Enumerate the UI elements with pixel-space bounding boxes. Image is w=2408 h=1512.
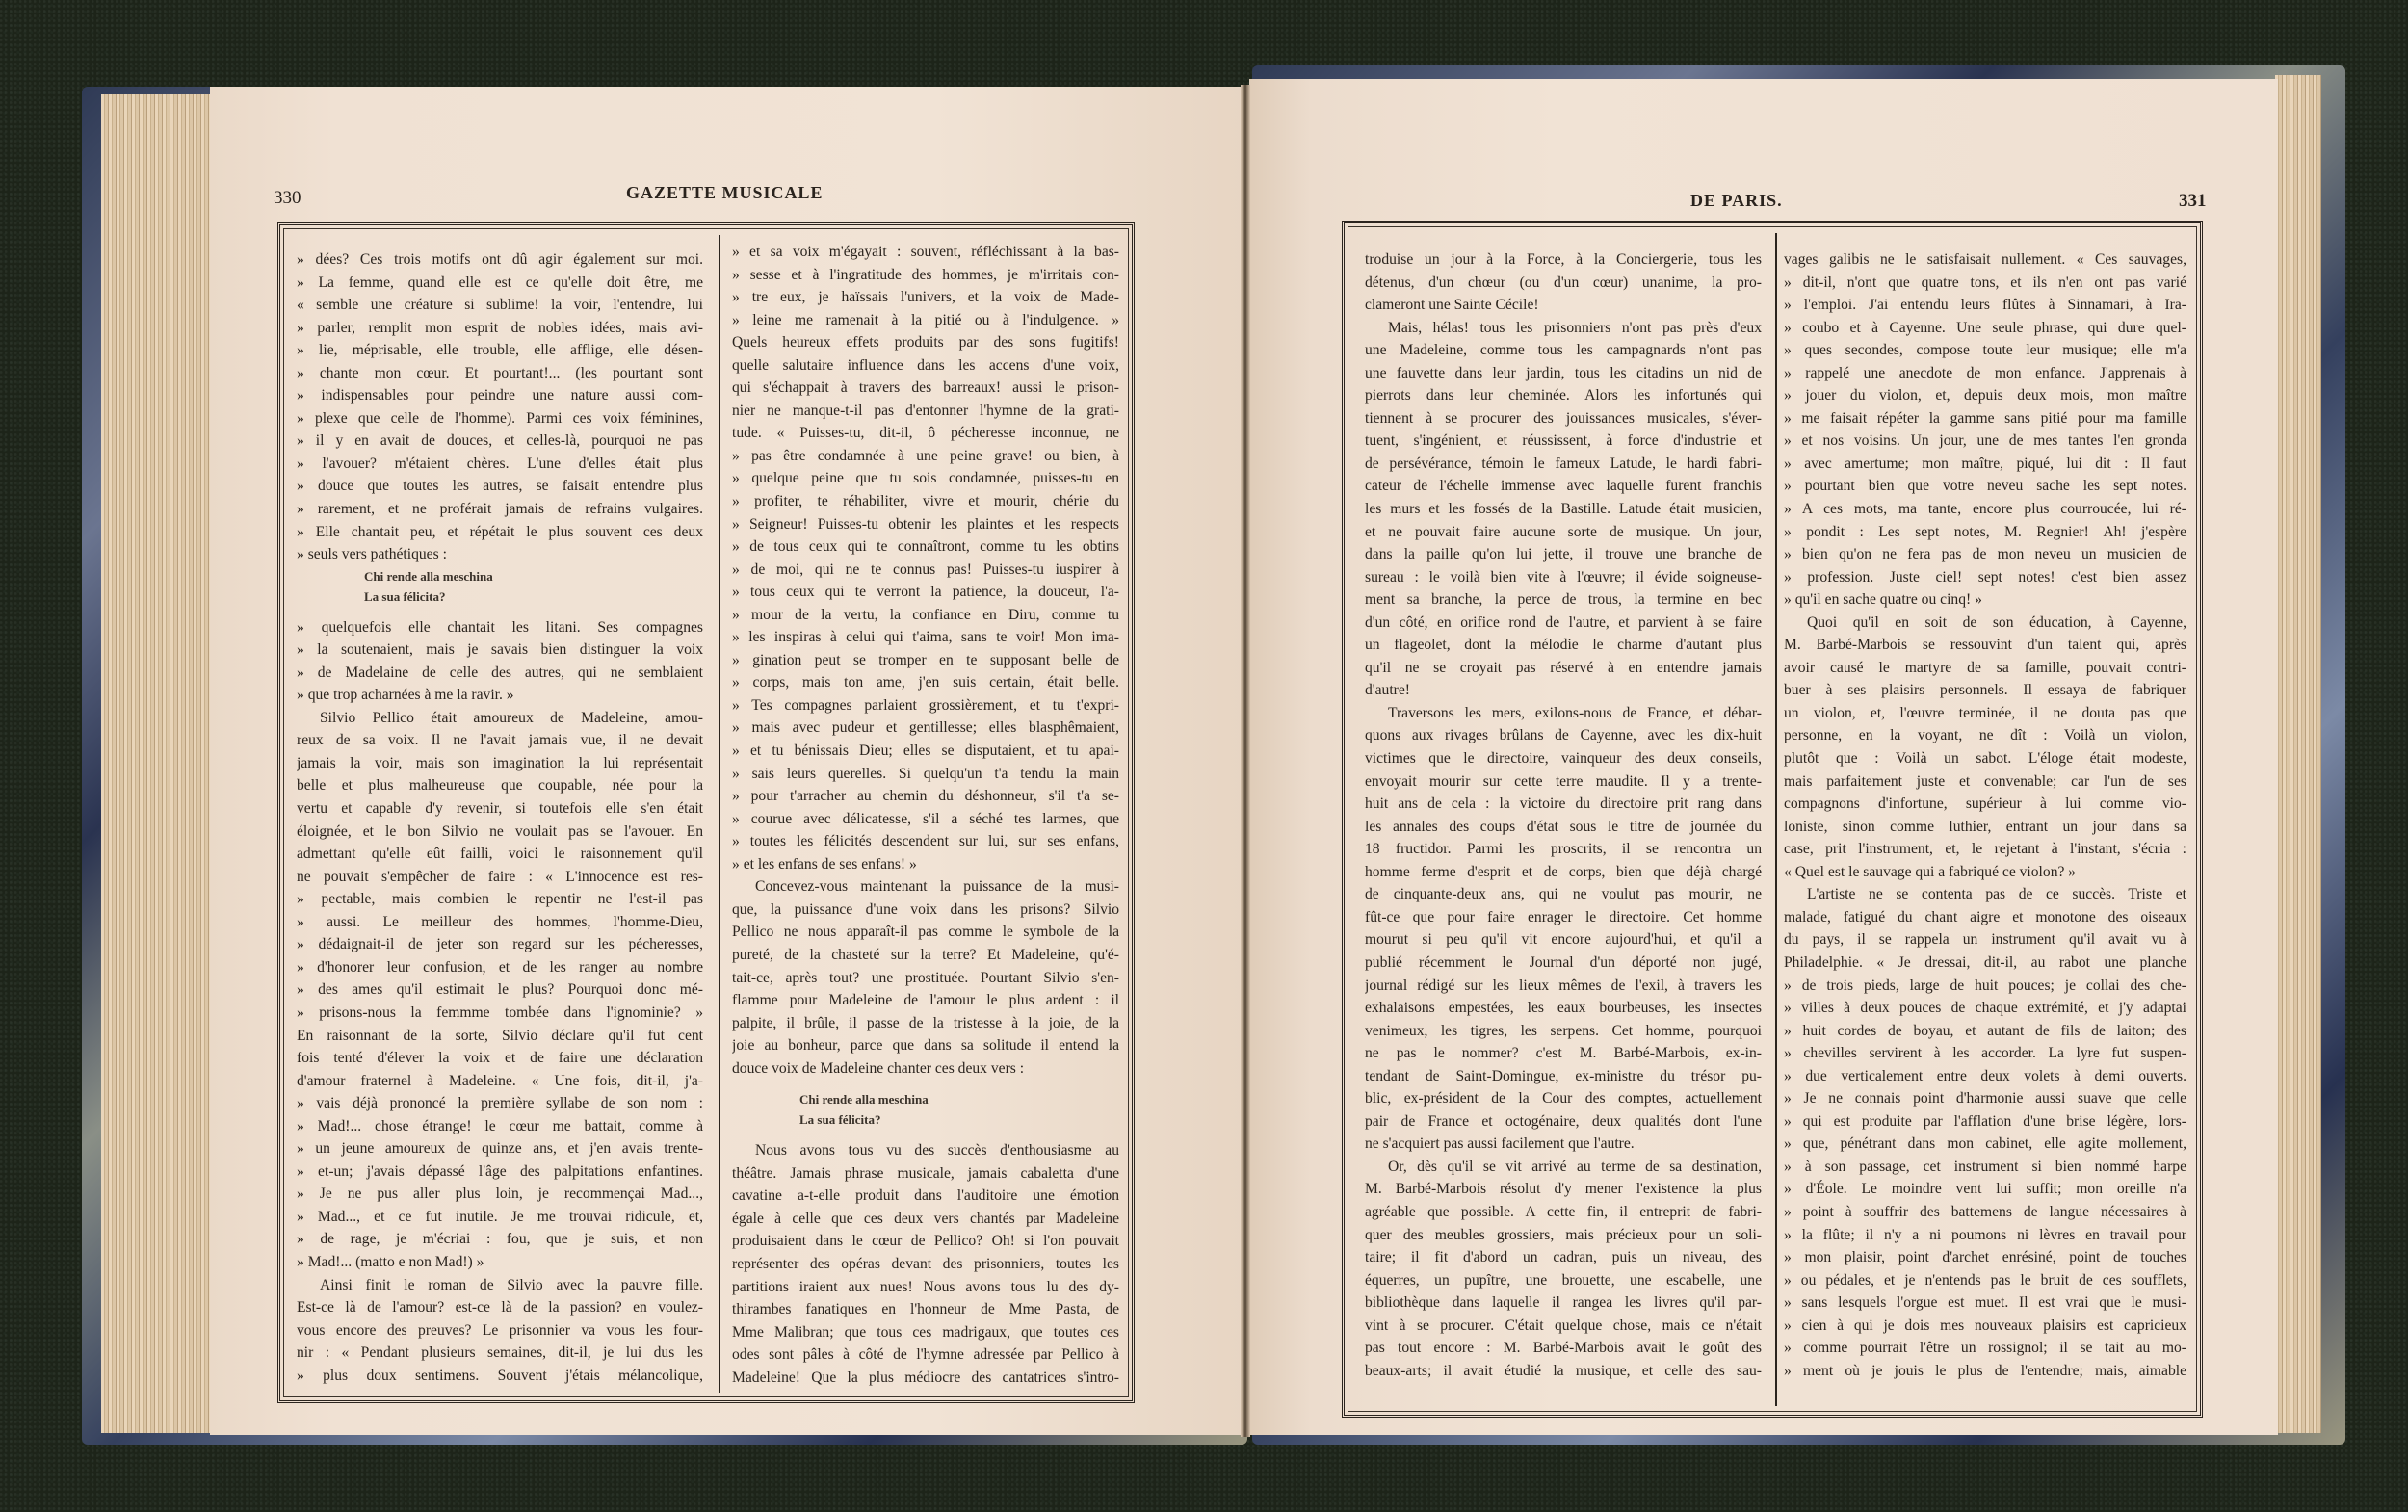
- text-line: un violon, et, l'œuvre terminée, il ne d…: [1784, 702, 2186, 725]
- text-line: » vais déjà prononcé la première syllabe…: [297, 1092, 703, 1115]
- text-line: » parler, remplit mon esprit de nobles i…: [297, 317, 703, 340]
- text-line: En raisonnant de la sorte, Silvio déclar…: [297, 1025, 703, 1048]
- text-line: tait-ce, après tout? une prostituée. Pou…: [732, 967, 1119, 990]
- text-line: « semble une créature si sublime! la voi…: [297, 294, 703, 317]
- text-line: de persévérance, témoin le fameux Latude…: [1365, 453, 1762, 476]
- book-gutter: [1241, 85, 1250, 1437]
- text-line: » de tous ceux qui te connaîtront, comme…: [732, 535, 1119, 559]
- text-line: vint à se procurer. C'était quelque chos…: [1365, 1315, 1762, 1338]
- text-line: troduise un jour à la Force, à la Concie…: [1365, 248, 1762, 272]
- text-line: » d'Éole. Le moindre vent lui suffit; mo…: [1784, 1178, 2186, 1201]
- text-line: » qui est produite par l'afflation d'une…: [1784, 1110, 2186, 1134]
- text-line: tendant de Saint-Domingue, ex-ministre d…: [1365, 1065, 1762, 1088]
- text-line: Philadelphie. « Je dressai, dit-il, au r…: [1784, 952, 2186, 975]
- text-line: » lie, méprisable, elle trouble, elle af…: [297, 339, 703, 362]
- text-line: reux de sa voix. Il ne l'avait jamais vu…: [297, 729, 703, 752]
- text-line: égale à celle que ces deux vers chantés …: [732, 1208, 1119, 1231]
- text-line: partitions iraient aux nues! Nous avons …: [732, 1276, 1119, 1299]
- text-line: thirambes fanatiques en l'honneur de Mme…: [732, 1298, 1119, 1321]
- text-line: Traversons les mers, exilons-nous de Fra…: [1365, 702, 1762, 725]
- text-line: » sans lesquels l'orgue est muet. Il est…: [1784, 1291, 2186, 1315]
- text-line: ne pouvait s'empêcher de faire : « L'inn…: [297, 866, 703, 889]
- text-line: » toutes les félicités descendent sur lu…: [732, 830, 1119, 853]
- text-line: » plus doux sentimens. Souvent j'étais m…: [297, 1365, 703, 1388]
- text-line: » Mad!... (matto e non Mad!) »: [297, 1251, 703, 1274]
- text-line: 18 fructidor. Parmi les proscrits, il se…: [1365, 838, 1762, 861]
- text-line: » des ames qu'il estimait le plus? Pourq…: [297, 978, 703, 1002]
- text-line: » ques secondes, compose toute leur musi…: [1784, 339, 2186, 362]
- text-line: » leine me ramenait à la pitié ou à l'in…: [732, 309, 1119, 332]
- text-line: » tre eux, je haïssais l'univers, et la …: [732, 286, 1119, 309]
- text-line: tuent, s'ingénient, et réussissent, à fo…: [1365, 430, 1762, 453]
- text-line: éloignée, et le bon Silvio ne voulait pa…: [297, 821, 703, 844]
- text-line: pair de France et octogénaire, deux qual…: [1365, 1110, 1762, 1134]
- text-line: victimes que le directoire, vainqueur de…: [1365, 747, 1762, 770]
- text-line: » quelquefois elle chantait les litani. …: [297, 616, 703, 639]
- text-line: » avec amertume; mon maître, piqué, lui …: [1784, 453, 2186, 476]
- text-line: pas tout encore : M. Barbé-Marbois avait…: [1365, 1337, 1762, 1360]
- left-page-column-1: » dées? Ces trois motifs ont dû agir éga…: [297, 248, 703, 1387]
- text-line: » gination peut se tromper en te supposa…: [732, 649, 1119, 672]
- text-line: » cien à qui je dois mes nouveaux plaisi…: [1784, 1315, 2186, 1338]
- text-line: Mme Malibran; que tous ces madrigaux, qu…: [732, 1321, 1119, 1344]
- text-line: » coubo et à Cayenne. Une seule phrase, …: [1784, 317, 2186, 340]
- text-line: » de rage, je m'écriai : fou, que je sui…: [297, 1228, 703, 1251]
- text-line: » Je ne pus aller plus loin, je recommen…: [297, 1183, 703, 1206]
- text-line: » mais avec pudeur et gentillesse; elles…: [732, 717, 1119, 740]
- text-line: » de Madelaine de celle des autres, qui …: [297, 662, 703, 685]
- text-line: » La femme, quand elle est ce qu'elle do…: [297, 272, 703, 295]
- text-line: » pour t'arracher au chemin du déshonneu…: [732, 785, 1119, 808]
- text-line: » les inspiras à celui qui t'aima, sans …: [732, 626, 1119, 649]
- spacer: [732, 1080, 1119, 1089]
- text-line: buer à ses plaisirs personnels. Il essay…: [1784, 679, 2186, 702]
- text-line: venimeux, les tigres, les serpens. Cet h…: [1365, 1020, 1762, 1043]
- right-page-column-2: vages galibis ne le satisfaisait nulleme…: [1784, 248, 2186, 1382]
- text-line: bibliothèque dans laquelle il rangea les…: [1365, 1291, 1762, 1315]
- text-line: palpite, il brûle, il passe de la triste…: [732, 1012, 1119, 1035]
- text-line: de cinquante-deux ans, qui ne voulut pas…: [1365, 883, 1762, 906]
- text-line: » comme pourrait l'être un rossignol; il…: [1784, 1337, 2186, 1360]
- text-line: fût-ce que pour faire enrager le directo…: [1365, 906, 1762, 929]
- text-line: journal rédigé sur les lieux mêmes de l'…: [1365, 975, 1762, 998]
- text-line: sureau : le voilà bien vite à l'œuvre; i…: [1365, 566, 1762, 589]
- text-line: » la flûte; il n'y a ni poumons ni lèvre…: [1784, 1224, 2186, 1247]
- text-line: représenter des opéras devant des prison…: [732, 1253, 1119, 1276]
- text-line: » dées? Ces trois motifs ont dû agir éga…: [297, 248, 703, 272]
- right-page-column-1: troduise un jour à la Force, à la Concie…: [1365, 248, 1762, 1382]
- text-line: M. Barbé-Marbois se ressouvint d'un tale…: [1784, 634, 2186, 657]
- left-page-edges: [101, 94, 212, 1433]
- text-line: » bien qu'on ne fera pas de mon neveu un…: [1784, 543, 2186, 566]
- text-line: » il y en avait de douces, et celles-là,…: [297, 430, 703, 453]
- text-line: vertu et capable d'y revenir, si toutefo…: [297, 797, 703, 821]
- text-line: belle et plus malheureuse que coupable, …: [297, 774, 703, 797]
- left-page-column-2: » et sa voix m'égayait : souvent, réfléc…: [732, 241, 1119, 1389]
- text-line: » Elle chantait peu, et répétait le plus…: [297, 521, 703, 544]
- text-line: L'artiste ne se contenta pas de ce succè…: [1784, 883, 2186, 906]
- text-line: » la soutenaient, mais je savais bien di…: [297, 639, 703, 662]
- text-line: » corps, mais ton ame, j'en suis certain…: [732, 671, 1119, 694]
- text-line: » et nos voisins. Un jour, une de mes ta…: [1784, 430, 2186, 453]
- text-line: tiennent à se procurer des jouissances m…: [1365, 407, 1762, 430]
- text-line: d'un côté, en orifice rond de l'autre, e…: [1365, 612, 1762, 635]
- text-line: » douce que toutes les autres, se faisai…: [297, 475, 703, 498]
- text-line: jamais la voir, mais son imagination la …: [297, 752, 703, 775]
- text-line: » courue avec délicatesse, s'il a séché …: [732, 808, 1119, 831]
- text-line: » l'avouer? m'étaient chères. L'une d'el…: [297, 453, 703, 476]
- text-line: exhalaisons empestées, les eaux bourbeus…: [1365, 997, 1762, 1020]
- text-line: » prisons-nous la femmme tombée dans l'i…: [297, 1002, 703, 1025]
- text-line: envoyait mourir sur cette terre maudite.…: [1365, 770, 1762, 794]
- text-line: pureté, de la chasteté sur la terre? Et …: [732, 944, 1119, 967]
- text-line: » quelque peine que tu sois condamnée, p…: [732, 467, 1119, 490]
- verse-line: Chi rende alla meschina: [297, 566, 703, 587]
- text-line: » villes à deux pouces de chaque extrémi…: [1784, 997, 2186, 1020]
- page-number-right: 331: [2179, 191, 2207, 212]
- text-line: fois tenté d'élever la voix et de faire …: [297, 1047, 703, 1070]
- text-line: » sesse et à l'ingratitude des hommes, j…: [732, 264, 1119, 287]
- text-line: admettant qu'elle eût failli, voici le r…: [297, 843, 703, 866]
- text-line: » profession. Juste ciel! sept notes! c'…: [1784, 566, 2186, 589]
- text-line: » aussi. Le meilleur des hommes, l'homme…: [297, 911, 703, 934]
- text-line: » huit cordes de boyau, et autant de fil…: [1784, 1020, 2186, 1043]
- text-line: » Seigneur! Puisses-tu obtenir les plain…: [732, 513, 1119, 536]
- text-line: du pays, il se rappela un instrument qu'…: [1784, 928, 2186, 952]
- text-line: cavatine a-t-elle produit dans l'auditoi…: [732, 1185, 1119, 1208]
- column-divider-right: [1775, 233, 1777, 1406]
- text-line: avoir causé le martyre de sa famille, po…: [1784, 657, 2186, 680]
- text-line: vages galibis ne le satisfaisait nulleme…: [1784, 248, 2186, 272]
- text-line: case, prit l'instrument, et, le rejetant…: [1784, 838, 2186, 861]
- text-line: Quels heureux effets produits par des so…: [732, 331, 1119, 354]
- text-line: Silvio Pellico était amoureux de Madelei…: [297, 707, 703, 730]
- text-line: ne s'acquiert pas aussi facilement que l…: [1365, 1133, 1762, 1156]
- text-line: Pellico ne nous apparaît-il pas comme le…: [732, 921, 1119, 944]
- text-line: Madeleine! Que la plus médiocre des cant…: [732, 1367, 1119, 1390]
- text-line: qui s'échappait à travers des barreaux! …: [732, 377, 1119, 400]
- right-page-edges: [2275, 75, 2321, 1433]
- text-line: que, la puissance d'une voix dans les pr…: [732, 899, 1119, 922]
- text-line: M. Barbé-Marbois résolut d'y mener l'exi…: [1365, 1178, 1762, 1201]
- text-line: » ou pédales, et je n'entends pas le bru…: [1784, 1269, 2186, 1292]
- running-title-right: DE PARIS.: [1690, 191, 1783, 211]
- text-line: un flageolet, dont la mélodie le charme …: [1365, 634, 1762, 657]
- text-line: quelle salutaire influence dans les acce…: [732, 354, 1119, 378]
- text-line: » d'honorer leur confusion, et de les ra…: [297, 956, 703, 979]
- text-line: vous encore des preuves? Le prisonnier v…: [297, 1319, 703, 1343]
- text-line: » ment où je jouis le plus de l'entendre…: [1784, 1360, 2186, 1383]
- text-line: pierrots dans leur cheminée. Alors les i…: [1365, 384, 1762, 407]
- text-line: » point à souffrir des battemens de lang…: [1784, 1201, 2186, 1224]
- text-line: blic, ex-président de la Cour des compte…: [1365, 1087, 1762, 1110]
- text-line: » qu'il en sache quatre ou cinq! »: [1784, 588, 2186, 612]
- text-line: » rappelé une anecdote de mon enfance. J…: [1784, 362, 2186, 385]
- text-line: » mour de la vertu, la confiance en Diru…: [732, 604, 1119, 627]
- text-line: » mon plaisir, point d'archet enrésiné, …: [1784, 1246, 2186, 1269]
- text-line: nier ne manque-t-il pas d'entonner l'hym…: [732, 400, 1119, 423]
- text-line: » Mad..., et ce fut inutile. Je me trouv…: [297, 1206, 703, 1229]
- text-line: beaux-arts; il avait étudié la musique, …: [1365, 1360, 1762, 1383]
- text-line: ne pas le nommer? c'est M. Barbé-Marbois…: [1365, 1042, 1762, 1065]
- text-line: dans la paille qu'on lui jette, il trouv…: [1365, 543, 1762, 566]
- text-line: Est-ce là de l'amour? est-ce là de la pa…: [297, 1296, 703, 1319]
- text-line: » sais leurs querelles. Si quelqu'un t'a…: [732, 763, 1119, 786]
- text-line: cateur de l'échelle immense avec laquell…: [1365, 475, 1762, 498]
- text-line: Concevez-vous maintenant la puissance de…: [732, 875, 1119, 899]
- text-line: » chevilles servirent à les accorder. La…: [1784, 1042, 2186, 1065]
- text-line: » l'emploi. J'ai entendu leurs flûtes à …: [1784, 294, 2186, 317]
- text-line: qu'il ne se croyait pas réservé à en ent…: [1365, 657, 1762, 680]
- text-line: publié récemment le Journal d'un déporté…: [1365, 952, 1762, 975]
- text-line: une fauvette dans leur jardin, tous les …: [1365, 362, 1762, 385]
- text-line: Ainsi finit le roman de Silvio avec la p…: [297, 1274, 703, 1297]
- text-line: » Mad!... chose étrange! le cœur me batt…: [297, 1115, 703, 1138]
- text-line: les annales des coups d'état sous le tit…: [1365, 816, 1762, 839]
- text-line: « Quel est le sauvage qui a fabriqué ce …: [1784, 861, 2186, 884]
- text-line: malade, fatigué du chant aigre et monoto…: [1784, 906, 2186, 929]
- text-line: Mais, hélas! tous les prisonniers n'ont …: [1365, 317, 1762, 340]
- text-line: quer des meubles grossiers, mais précieu…: [1365, 1224, 1762, 1247]
- text-line: » tous ceux qui te verront la patience, …: [732, 581, 1119, 604]
- text-line: théâtre. Jamais phrase musicale, jamais …: [732, 1162, 1119, 1186]
- text-line: » pectable, mais combien le repentir ne …: [297, 888, 703, 911]
- text-line: d'amour fraternel à Madeleine. « Une foi…: [297, 1070, 703, 1093]
- text-line: » Je ne connais point d'harmonie aussi s…: [1784, 1087, 2186, 1110]
- text-line: une Madeleine, comme tous les campagnard…: [1365, 339, 1762, 362]
- text-line: huit ans de cela : la victoire du direct…: [1365, 793, 1762, 816]
- text-line: et ne pouvait faire aucune sorte de musi…: [1365, 521, 1762, 544]
- text-line: d'autre!: [1365, 679, 1762, 702]
- text-line: » seuls vers pathétiques :: [297, 543, 703, 566]
- text-line: » me faisait répéter la gamme sans pitié…: [1784, 407, 2186, 430]
- text-line: » Tes compagnes parlaient grossièrement,…: [732, 694, 1119, 717]
- text-line: Nous avons tous vu des succès d'enthousi…: [732, 1139, 1119, 1162]
- text-line: mourut si peu qu'il vit encore aujourd'h…: [1365, 928, 1762, 952]
- text-line: » A ces mots, ma tante, encore plus cour…: [1784, 498, 2186, 521]
- verse-line: La sua félicita?: [732, 1109, 1119, 1130]
- text-line: clameront une Sainte Cécile!: [1365, 294, 1762, 317]
- text-line: » de trois pieds, large de huit pouces; …: [1784, 975, 2186, 998]
- running-title-left: GAZETTE MUSICALE: [626, 183, 824, 203]
- text-line: douce voix de Madeleine chanter ces deux…: [732, 1057, 1119, 1081]
- text-line: Or, dès qu'il se vit arrivé au terme de …: [1365, 1156, 1762, 1179]
- verse-line: La sua félicita?: [297, 587, 703, 607]
- text-line: » pas être condamnée à une peine grave! …: [732, 445, 1119, 468]
- text-line: » de moi, qui ne te connus pas! Puisses-…: [732, 559, 1119, 582]
- text-line: compagnons d'infortune, supérieur à lui …: [1784, 793, 2186, 816]
- text-line: » pourtant bien que votre neveu sache le…: [1784, 475, 2186, 498]
- text-line: quons aux rivages brûlans de Cayenne, av…: [1365, 724, 1762, 747]
- text-line: odes sont pâles à côté de l'hymne adress…: [732, 1343, 1119, 1367]
- text-line: » jouer du violon, et, depuis deux mois,…: [1784, 384, 2186, 407]
- page-number-left: 330: [274, 188, 301, 209]
- text-line: » indispensables pour peindre une nature…: [297, 384, 703, 407]
- text-line: plutôt que : Voilà un sabot. L'éloge éta…: [1784, 747, 2186, 770]
- text-line: » que trop acharnées à me la ravir. »: [297, 684, 703, 707]
- text-line: homme ferme d'esprit et de corps, bien q…: [1365, 861, 1762, 884]
- text-line: » dit-il, n'ont que quatre tons, et ils …: [1784, 272, 2186, 295]
- text-line: » chante mon cœur. Et pourtant!... (les …: [297, 362, 703, 385]
- text-line: nir : « Pendant plusieurs semaines, dit-…: [297, 1342, 703, 1365]
- text-line: » dédaignait-il de jeter son regard sur …: [297, 933, 703, 956]
- spacer: [297, 607, 703, 616]
- text-line: joie au bonheur, parce que dans sa solit…: [732, 1034, 1119, 1057]
- verse-line: Chi rende alla meschina: [732, 1089, 1119, 1109]
- text-line: » un jeune amoureux de quinze ans, et j'…: [297, 1137, 703, 1160]
- text-line: » et tu bénissais Dieu; elles se disputa…: [732, 740, 1119, 763]
- text-line: agréable que possible. A cette fin, il e…: [1365, 1201, 1762, 1224]
- text-line: les murs et les fossés de la Bastille. L…: [1365, 498, 1762, 521]
- spacer: [732, 1130, 1119, 1139]
- text-line: tude. « Puisses-tu, dit-il, ô pécheresse…: [732, 422, 1119, 445]
- text-line: loniste, sinon comme luthier, entrant un…: [1784, 816, 2186, 839]
- text-line: » profiter, te réhabiliter, vivre et mou…: [732, 490, 1119, 513]
- text-line: » et-un; j'avais dépassé l'âge des palpi…: [297, 1160, 703, 1184]
- text-line: » pondit : Les sept notes, M. Regnier! A…: [1784, 521, 2186, 544]
- text-line: » rarement, et ne proférait jamais de re…: [297, 498, 703, 521]
- text-line: flamme pour Madeleine de l'amour le plus…: [732, 989, 1119, 1012]
- text-line: » due verticalement entre deux volets à …: [1784, 1065, 2186, 1088]
- text-line: » à son passage, cet instrument si bien …: [1784, 1156, 2186, 1179]
- text-line: détenus, d'un chœur (ou d'un cœur) unani…: [1365, 272, 1762, 295]
- text-line: équerres, un pupître, une brouette, une …: [1365, 1269, 1762, 1292]
- text-line: personne, en la voyant, ne dît : Voilà u…: [1784, 724, 2186, 747]
- text-line: » que, pénétrant dans mon cabinet, elle …: [1784, 1133, 2186, 1156]
- text-line: ment sa branche, la perce de trous, la t…: [1365, 588, 1762, 612]
- text-line: » et les enfans de ses enfans! »: [732, 853, 1119, 876]
- text-line: taire; il fit d'abord un cadran, puis un…: [1365, 1246, 1762, 1269]
- text-line: produisaient dans le cœur de Pellico? Oh…: [732, 1230, 1119, 1253]
- text-line: mais parfaitement juste et convenable; c…: [1784, 770, 2186, 794]
- text-line: » et sa voix m'égayait : souvent, réfléc…: [732, 241, 1119, 264]
- column-divider-left: [719, 235, 720, 1393]
- text-line: » plexe que celle de l'homme). Parmi ces…: [297, 407, 703, 430]
- text-line: Quoi qu'il en soit de son éducation, à C…: [1784, 612, 2186, 635]
